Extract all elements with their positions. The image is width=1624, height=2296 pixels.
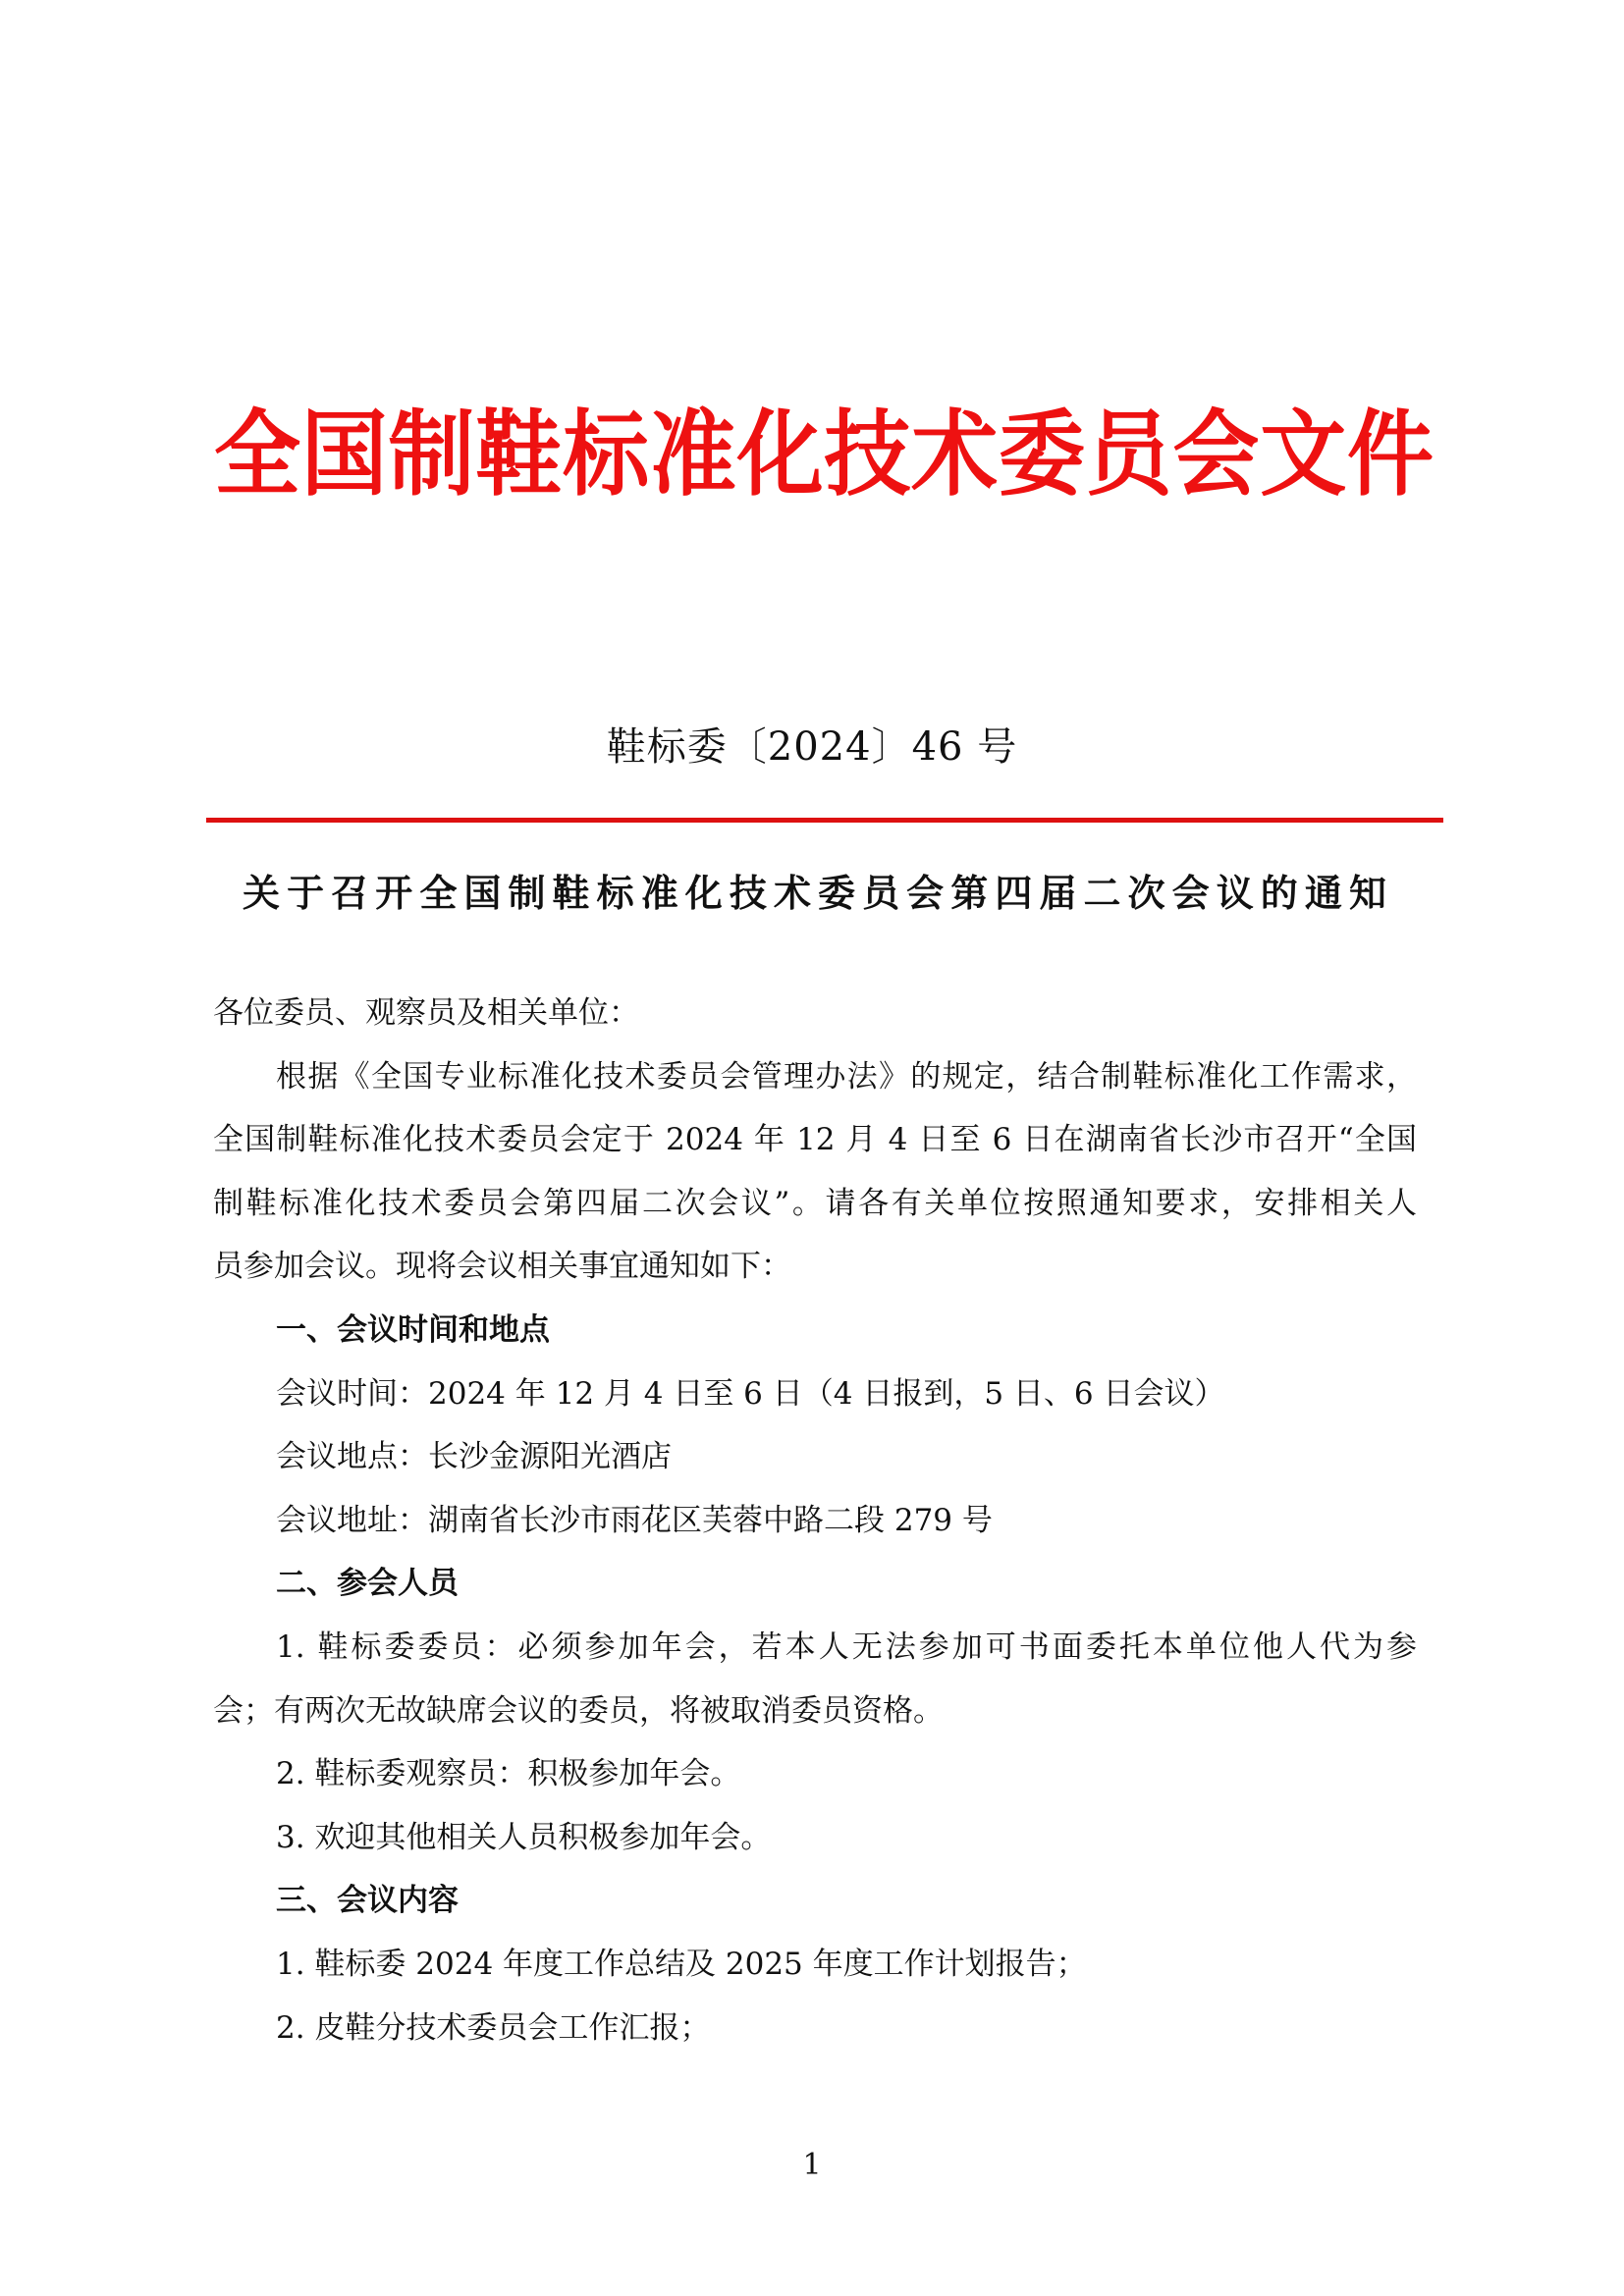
attendee-item: 3. 欢迎其他相关人员积极参加年会。 — [213, 1806, 1417, 1870]
page-number: 1 — [0, 2146, 1624, 2185]
title-char: 制 — [508, 868, 545, 919]
title-char: 国 — [463, 868, 501, 919]
title-char: 知 — [1349, 868, 1386, 919]
title-char: 四 — [995, 868, 1032, 919]
title-char: 开 — [375, 868, 412, 919]
title-char: 员 — [862, 868, 899, 919]
document-number: 鞋标委〔2024〕46 号 — [0, 722, 1624, 772]
red-divider-rule — [206, 818, 1443, 823]
title-char: 鞋 — [553, 868, 590, 919]
title-char: 化 — [685, 868, 723, 919]
meeting-time: 会议时间：2024 年 12 月 4 日至 6 日（4 日报到，5 日、6 日会… — [213, 1362, 1417, 1426]
title-char: 术 — [774, 868, 811, 919]
title-char: 通 — [1305, 868, 1342, 919]
intro-line: 全国制鞋标准化技术委员会定于 2024 年 12 月 4 日至 6 日在湖南省长… — [213, 1108, 1417, 1172]
section-heading-time-venue: 一、会议时间和地点 — [213, 1299, 1417, 1362]
title-char: 第 — [950, 868, 988, 919]
header-char: 会 — [1172, 407, 1259, 501]
title-char: 议 — [1217, 868, 1254, 919]
meeting-venue: 会议地点：长沙金源阳光酒店 — [213, 1425, 1417, 1489]
issuer-red-header: 全 国 制 鞋 标 准 化 技 术 委 员 会 文 件 — [214, 400, 1434, 508]
title-char: 全 — [419, 868, 457, 919]
notice-body: 各位委员、观察员及相关单位： 根据《全国专业标准化技术委员会管理办法》的规定，结… — [213, 982, 1417, 2059]
header-char: 鞋 — [475, 407, 562, 501]
header-char: 全 — [214, 407, 300, 501]
header-char: 标 — [563, 407, 649, 501]
title-char: 会 — [1172, 868, 1210, 919]
header-char: 术 — [911, 407, 998, 501]
header-char: 文 — [1260, 407, 1346, 501]
header-char: 员 — [1086, 407, 1172, 501]
title-char: 标 — [597, 868, 634, 919]
header-char: 准 — [650, 407, 736, 501]
title-char: 关 — [243, 868, 280, 919]
title-char: 于 — [287, 868, 324, 919]
title-char: 次 — [1128, 868, 1165, 919]
header-char: 制 — [389, 407, 475, 501]
meeting-address: 会议地址：湖南省长沙市雨花区芙蓉中路二段 279 号 — [213, 1489, 1417, 1553]
header-char: 技 — [824, 407, 910, 501]
intro-line: 根据《全国专业标准化技术委员会管理办法》的规定，结合制鞋标准化工作需求， — [213, 1045, 1417, 1109]
intro-line: 制鞋标准化技术委员会第四届二次会议”。请各有关单位按照通知要求，安排相关人 — [213, 1172, 1417, 1236]
salutation: 各位委员、观察员及相关单位： — [213, 982, 1417, 1045]
document-page: 全 国 制 鞋 标 准 化 技 术 委 员 会 文 件 鞋标委〔2024〕46 … — [0, 0, 1624, 2296]
header-char: 委 — [999, 407, 1085, 501]
attendee-item-continued: 会；有两次无故缺席会议的委员，将被取消委员资格。 — [213, 1680, 1417, 1743]
title-char: 二 — [1083, 868, 1120, 919]
title-char: 委 — [818, 868, 855, 919]
header-char: 化 — [737, 407, 824, 501]
title-char: 技 — [730, 868, 767, 919]
title-char: 会 — [906, 868, 944, 919]
intro-line: 员参加会议。现将会议相关事宜通知如下： — [213, 1235, 1417, 1299]
title-char: 准 — [641, 868, 678, 919]
agenda-item: 2. 皮鞋分技术委员会工作汇报； — [213, 1997, 1417, 2060]
header-char: 件 — [1347, 407, 1434, 501]
title-char: 召 — [331, 868, 368, 919]
section-heading-attendees: 二、参会人员 — [213, 1552, 1417, 1616]
agenda-item: 1. 鞋标委 2024 年度工作总结及 2025 年度工作计划报告； — [213, 1933, 1417, 1997]
header-char: 国 — [301, 407, 388, 501]
title-char: 届 — [1039, 868, 1076, 919]
title-char: 的 — [1261, 868, 1298, 919]
attendee-item: 1. 鞋标委委员：必须参加年会，若本人无法参加可书面委托本单位他人代为参 — [213, 1616, 1417, 1680]
attendee-item: 2. 鞋标委观察员：积极参加年会。 — [213, 1742, 1417, 1806]
notice-title: 关 于 召 开 全 国 制 鞋 标 准 化 技 术 委 员 会 第 四 届 二 … — [243, 868, 1386, 919]
section-heading-agenda: 三、会议内容 — [213, 1869, 1417, 1933]
